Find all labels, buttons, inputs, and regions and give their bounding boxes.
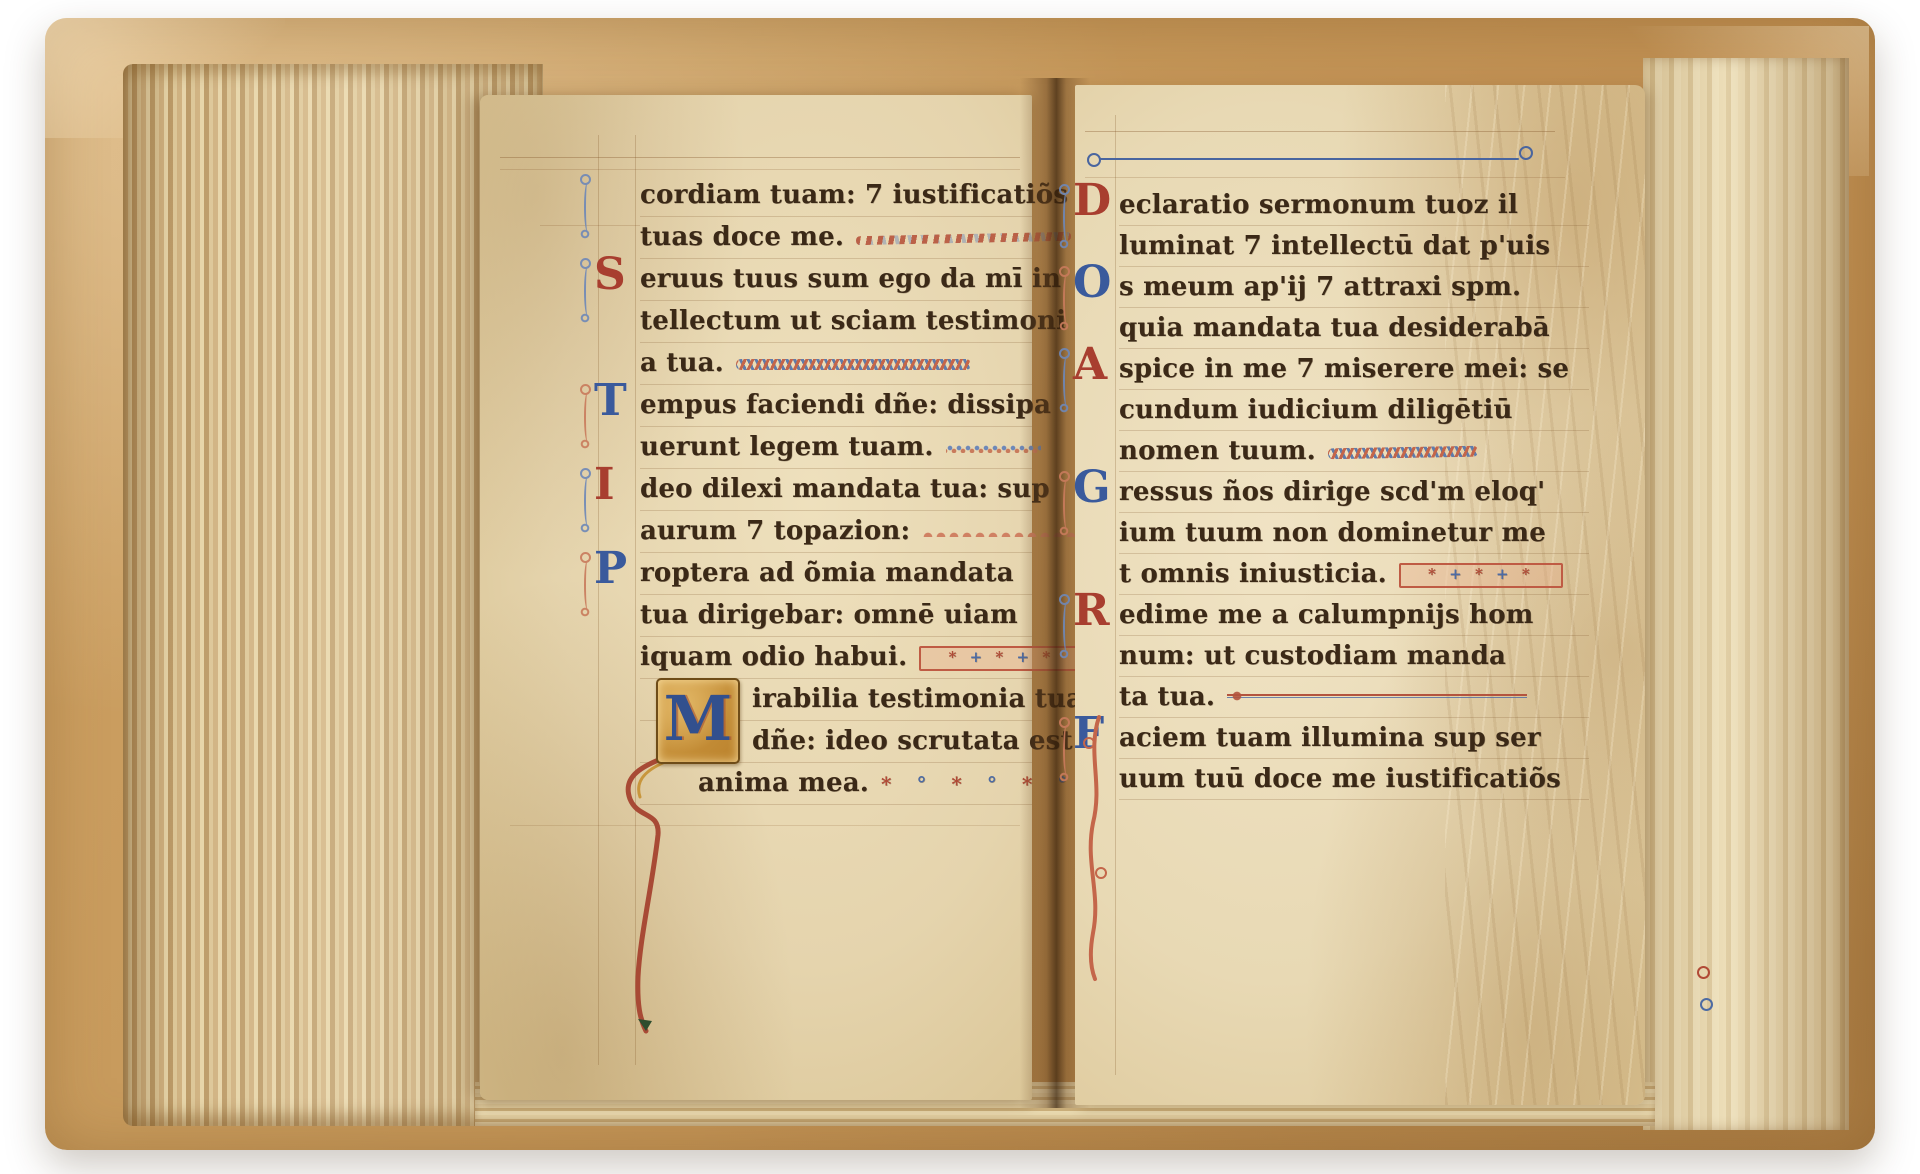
penwork-flourish [580,470,592,534]
fore-edge-red-mark [1697,966,1710,979]
penwork-flourish [580,386,592,450]
right-fore-edge-page-stack [1643,58,1849,1130]
line-text: spice in me 7 miserere mei: se [1119,354,1569,384]
right-text-block: Declaratio sermonum tuoz illuminat 7 int… [1119,185,1589,800]
penwork-flourish [1059,350,1071,414]
penwork-flourish [1059,186,1071,250]
line-text: cundum iudicium diligētiū [1119,395,1513,425]
line-text: ressus ños dirige scd'm eloq' [1119,477,1545,507]
manuscript-text-line: luminat 7 intellectū dat p'uis [1119,226,1589,267]
ruling-line [500,169,1020,170]
ruling-line [500,157,1020,158]
line-text: quia mandata tua desiderabā [1119,313,1550,343]
line-text: edime me a calumpnijs hom [1119,600,1534,630]
penwork-flourish [580,260,592,324]
line-filler-ornament [1328,445,1478,459]
line-filler-ornament [736,359,971,370]
illuminated-initial-a: A [1073,342,1107,388]
illuminated-initial-p: P [594,546,627,592]
manuscript-text-line: Redime me a calumpnijs hom [1119,595,1589,636]
manuscript-text-line: aurum 7 topazion: [640,511,1032,553]
manuscript-text-line: num: ut custodiam manda [1119,636,1589,677]
manuscript-text-line: Declaratio sermonum tuoz il [1119,185,1589,226]
line-text: tellectum ut sciam testimoni [640,306,1066,336]
fore-edge-blue-mark [1700,998,1713,1011]
manuscript-text-line: nomen tuum. [1119,431,1589,472]
line-text: t omnis iniusticia. [1119,559,1387,589]
manuscript-text-line: a tua. [640,343,1032,385]
line-text: eruus tuus sum ego da mī in [640,264,1061,294]
line-filler-ornament [1227,689,1527,703]
line-text: luminat 7 intellectū dat p'uis [1119,231,1550,261]
manuscript-photo: cordiam tuam: 7 iustificatiõstuas doce m… [0,0,1920,1174]
margin-ruling [635,135,636,1065]
manuscript-text-line: ta tua. [1119,677,1589,718]
left-text-block: cordiam tuam: 7 iustificatiõstuas doce m… [640,175,1032,805]
line-text: aciem tuam illumina sup ser [1119,723,1541,753]
manuscript-text-line: anima mea.* ° * ° * ° * [640,763,1032,805]
line-text: a tua. [640,348,724,378]
manuscript-text-line: Tempus faciendi dñe: dissipa [640,385,1032,427]
ruling-line [1085,177,1565,178]
illuminated-initial-o: O [1073,260,1112,306]
manuscript-text-line: quia mandata tua desiderabā [1119,308,1589,349]
manuscript-text-line: Mirabilia testimonia tua [640,679,1032,721]
line-text: deo dilexi mandata tua: sup [640,474,1050,504]
right-page: Declaratio sermonum tuoz illuminat 7 int… [1075,85,1645,1105]
penwork-flourish [1059,719,1071,783]
manuscript-text-line: Os meum ap'ij 7 attraxi spm. [1119,267,1589,308]
penwork-flourish [1059,473,1071,537]
manuscript-text-line: iquam odio habui.* + * + * [640,637,1032,679]
line-text: uum tuū doce me iustificatiõs [1119,764,1561,794]
manuscript-text-line: tuas doce me. [640,217,1032,259]
penwork-flourish [580,176,592,240]
manuscript-text-line: Ideo dilexi mandata tua: sup [640,469,1032,511]
manuscript-text-line: Seruus tuus sum ego da mī in [640,259,1032,301]
penwork-flourish [1059,268,1071,332]
blue-penline-flourish [1087,151,1533,167]
illuminated-initial-i: I [594,462,615,508]
left-page: cordiam tuam: 7 iustificatiõstuas doce m… [480,95,1032,1100]
illuminated-initial-g: G [1073,465,1111,511]
illuminated-initial-r: R [1073,588,1110,634]
illuminated-initial-t: T [594,378,627,424]
line-text: ium tuum non dominetur me [1119,518,1546,548]
penwork-flourish [1059,596,1071,660]
manuscript-text-line: tellectum ut sciam testimoni [640,301,1032,343]
line-text: eclaratio sermonum tuoz il [1119,190,1518,220]
manuscript-text-line: Aspice in me 7 miserere mei: se [1119,349,1589,390]
line-text: nomen tuum. [1119,436,1316,466]
line-text: anima mea. [698,768,869,798]
line-text: num: ut custodiam manda [1119,641,1506,671]
line-text: tua dirigebar: omnē uiam [640,600,1018,630]
line-text: tuas doce me. [640,222,844,252]
illuminated-initial-d: D [1073,178,1111,224]
manuscript-text-line: Faciem tuam illumina sup ser [1119,718,1589,759]
line-text: empus faciendi dñe: dissipa [640,390,1051,420]
line-text: iquam odio habui. [640,642,907,672]
manuscript-text-line: tua dirigebar: omnē uiam [640,595,1032,637]
line-text: roptera ad õmia mandata [640,558,1014,588]
manuscript-text-line: cundum iudicium diligētiū [1119,390,1589,431]
line-text: ta tua. [1119,682,1215,712]
manuscript-text-line: uum tuū doce me iustificatiõs [1119,759,1589,800]
line-text: uerunt legem tuam. [640,432,934,462]
line-text: aurum 7 topazion: [640,516,910,546]
illuminated-initial-m: M [656,678,740,764]
ruling-line [510,825,1020,826]
line-text: s meum ap'ij 7 attraxi spm. [1119,272,1521,302]
line-text: cordiam tuam: 7 iustificatiõs [640,180,1068,210]
manuscript-text-line: t omnis iniusticia.* + * + * [1119,554,1589,595]
manuscript-text-line: cordiam tuam: 7 iustificatiõs [640,175,1032,217]
illuminated-initial-f: F [1073,711,1104,757]
open-book: cordiam tuam: 7 iustificatiõstuas doce m… [45,18,1875,1150]
manuscript-text-line: uerunt legem tuam. [640,427,1032,469]
ruling-line [1085,131,1555,132]
margin-ruling [1115,115,1116,1075]
illuminated-initial-s: S [594,252,626,298]
line-filler-ornament: * + * + * [1399,563,1563,588]
manuscript-text-line: Proptera ad õmia mandata [640,553,1032,595]
manuscript-text-line: ium tuum non dominetur me [1119,513,1589,554]
manuscript-text-line: Gressus ños dirige scd'm eloq' [1119,472,1589,513]
penwork-flourish [580,554,592,618]
